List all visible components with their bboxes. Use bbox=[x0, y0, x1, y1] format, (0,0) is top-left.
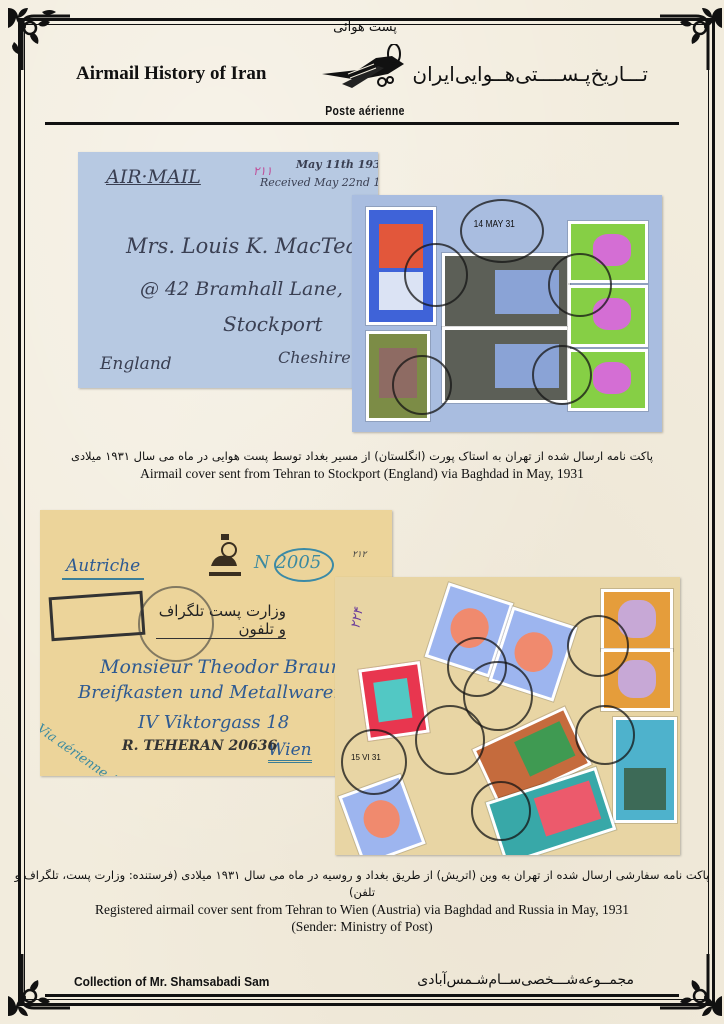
registration-mark: R. TEHERAN 20636 bbox=[122, 738, 277, 754]
footer-divider bbox=[45, 994, 679, 997]
postmark bbox=[532, 345, 592, 405]
cover2-caption-english: Registered airmail cover sent from Tehra… bbox=[0, 901, 724, 918]
address-line-1: Monsieur Theodor Braun bbox=[100, 656, 343, 678]
cover1-caption-persian: پاکت نامه ارسال شده از تهران به استاک پو… bbox=[0, 448, 724, 465]
postmark bbox=[404, 243, 468, 307]
received-date: Received May 22nd 1931 bbox=[260, 176, 378, 189]
ministry-letterhead: وزارت پست تلگراف و تلفون bbox=[156, 602, 286, 639]
address-line-4: Cheshire bbox=[278, 348, 351, 367]
corner-number: ۲۱۲ bbox=[352, 550, 367, 560]
cover2-caption: پاکت نامه سفارشی ارسال شده از تهران به و… bbox=[0, 867, 724, 935]
airplane-icon bbox=[318, 44, 412, 92]
postmark: 14 MAY 31 bbox=[460, 199, 544, 263]
ornament-corner-icon bbox=[658, 952, 724, 1022]
cover1-front: AIR·MAIL ۲۱۱ May 11th 1931. Received May… bbox=[78, 152, 378, 388]
postmark-date: 15 VI 31 bbox=[351, 753, 381, 762]
address-line-2: Breifkasten und Metallwaren bbox=[78, 682, 345, 703]
airmail-label: AIR·MAIL bbox=[106, 166, 201, 188]
cover2-caption-persian: پاکت نامه سفارشی ارسال شده از تهران به و… bbox=[0, 867, 724, 901]
cover1-caption: پاکت نامه ارسال شده از تهران به استاک پو… bbox=[0, 448, 724, 482]
cover1-back: 14 MAY 31 bbox=[352, 195, 662, 432]
logo-french-text: Poste aérienne bbox=[321, 103, 409, 118]
pencil-note: ۲۲۴ bbox=[348, 607, 366, 630]
collection-credit-persian: مجمــوعه‌شـــخصی‌ســام‌شـمس‌آبادی bbox=[417, 972, 634, 988]
destination-country: Autriche bbox=[62, 556, 144, 580]
postmark-date: 14 MAY 31 bbox=[474, 219, 515, 230]
postmark bbox=[415, 705, 485, 775]
postmark bbox=[575, 705, 635, 765]
postmark bbox=[548, 253, 612, 317]
logo-persian-text: پست هوائی bbox=[310, 20, 420, 35]
address-line-3: Stockport bbox=[223, 312, 323, 336]
header-divider bbox=[45, 122, 679, 125]
ornament-corner-icon bbox=[2, 952, 72, 1022]
cover1-caption-english: Airmail cover sent from Tehran to Stockp… bbox=[0, 465, 724, 482]
registration-box-stamp bbox=[49, 591, 146, 641]
ornament-corner-icon bbox=[2, 2, 72, 72]
postmark bbox=[471, 781, 531, 841]
collection-credit: Collection of Mr. Shamsabadi Sam bbox=[74, 974, 269, 989]
cover2-back: ۲۲۴ 15 VI 31 bbox=[335, 577, 680, 855]
page-title-persian: تـــاریخ‌پـســــتی‌هــوایی‌ایران bbox=[412, 62, 648, 86]
address-line-2: @ 42 Bramhall Lane, bbox=[140, 278, 343, 300]
poste-aerienne-logo: پست هوائی Poste aérienne bbox=[310, 18, 420, 118]
postmark bbox=[392, 355, 452, 415]
number-circle bbox=[274, 548, 334, 582]
address-line-5: England bbox=[100, 354, 172, 374]
cover2-caption-sender: (Sender: Ministry of Post) bbox=[0, 918, 724, 935]
postmark: 15 VI 31 bbox=[341, 729, 407, 795]
ornament-corner-icon bbox=[658, 2, 724, 72]
address-line-1: Mrs. Louis K. MacTeagh bbox=[126, 234, 378, 258]
sent-date: May 11th 1931. bbox=[296, 158, 378, 171]
postmark bbox=[567, 615, 629, 677]
address-line-3: IV Viktorgass 18 bbox=[138, 712, 289, 733]
page-title: Airmail History of Iran bbox=[76, 63, 267, 85]
lion-and-sun-emblem-icon bbox=[205, 532, 245, 578]
